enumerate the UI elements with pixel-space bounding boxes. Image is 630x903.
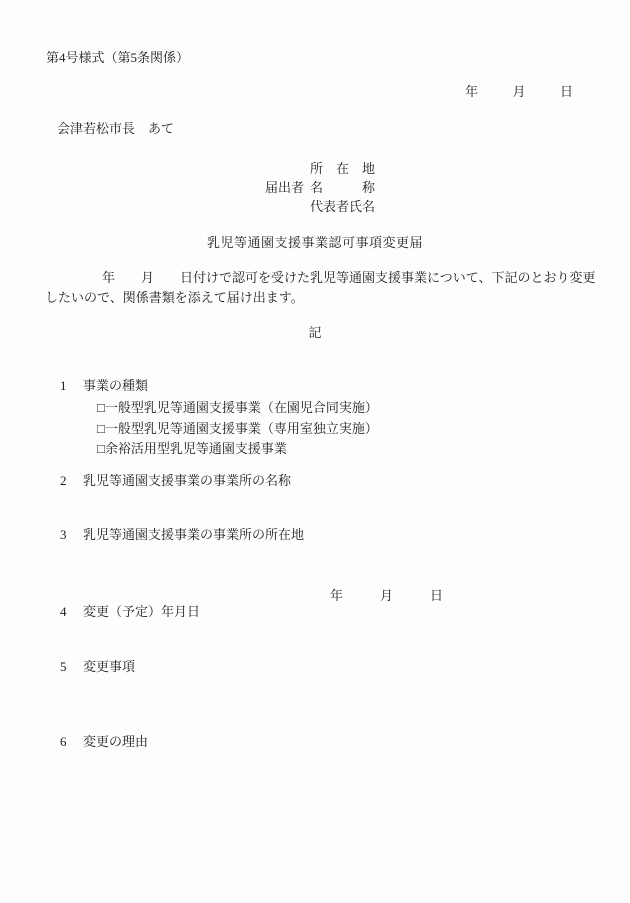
item-2-label: 乳児等通園支援事業の事業所の名称	[83, 473, 291, 488]
item-6-label: 変更の理由	[83, 734, 148, 749]
item-4-year-label: 年	[330, 588, 343, 604]
item-4-day-label: 日	[430, 588, 443, 604]
applicant-label: 届出者	[265, 180, 304, 196]
applicant-name-label: 名 称	[310, 180, 375, 196]
item-4-number: 4	[60, 604, 83, 620]
form-document-page: 第4号様式（第5条関係） 年 月 日 会津若松市長 あて 届出者 所 在 地 名…	[0, 0, 630, 903]
item-4-month-label: 月	[380, 588, 393, 604]
applicant-address-label: 所 在 地	[310, 161, 375, 177]
item-3-label: 乳児等通園支援事業の事業所の所在地	[83, 527, 304, 542]
checkbox-icon: □	[97, 441, 105, 457]
item-3: 3乳児等通園支援事業の事業所の所在地	[47, 511, 304, 560]
record-mark: 記	[0, 325, 630, 341]
body-text-line2: したいので、関係書類を添えて届け出ます。	[45, 290, 304, 306]
item-6-number: 6	[60, 734, 83, 750]
header-date-line: 年 月 日	[465, 84, 573, 100]
item-1-number: 1	[60, 378, 83, 394]
item-3-number: 3	[60, 527, 83, 543]
addressee: 会津若松市長 あて	[57, 121, 174, 137]
item-4-label: 変更（予定）年月日	[83, 604, 200, 619]
item-2-number: 2	[60, 473, 83, 489]
item-5: 5変更事項	[47, 643, 135, 692]
item-4-date-line: 年 月 日	[330, 588, 443, 604]
item-1-option-3-label: 余裕活用型乳児等通園支援事業	[105, 441, 287, 456]
item-2: 2乳児等通園支援事業の事業所の名称	[47, 457, 291, 506]
item-5-number: 5	[60, 659, 83, 675]
header-month-label: 月	[512, 84, 525, 100]
applicant-representative-label: 代表者氏名	[310, 199, 375, 215]
document-title: 乳児等通園支援事業認可事項変更届	[0, 235, 630, 251]
form-number: 第4号様式（第5条関係）	[46, 50, 189, 66]
item-4: 4変更（予定）年月日	[47, 588, 200, 637]
body-text-line1: 年 月 日付けで認可を受けた乳児等通園支援事業について、下記のとおり変更	[102, 270, 595, 286]
item-5-label: 変更事項	[83, 659, 135, 674]
header-day-label: 日	[560, 84, 573, 100]
header-year-label: 年	[465, 84, 478, 100]
item-6: 6変更の理由	[47, 718, 148, 767]
